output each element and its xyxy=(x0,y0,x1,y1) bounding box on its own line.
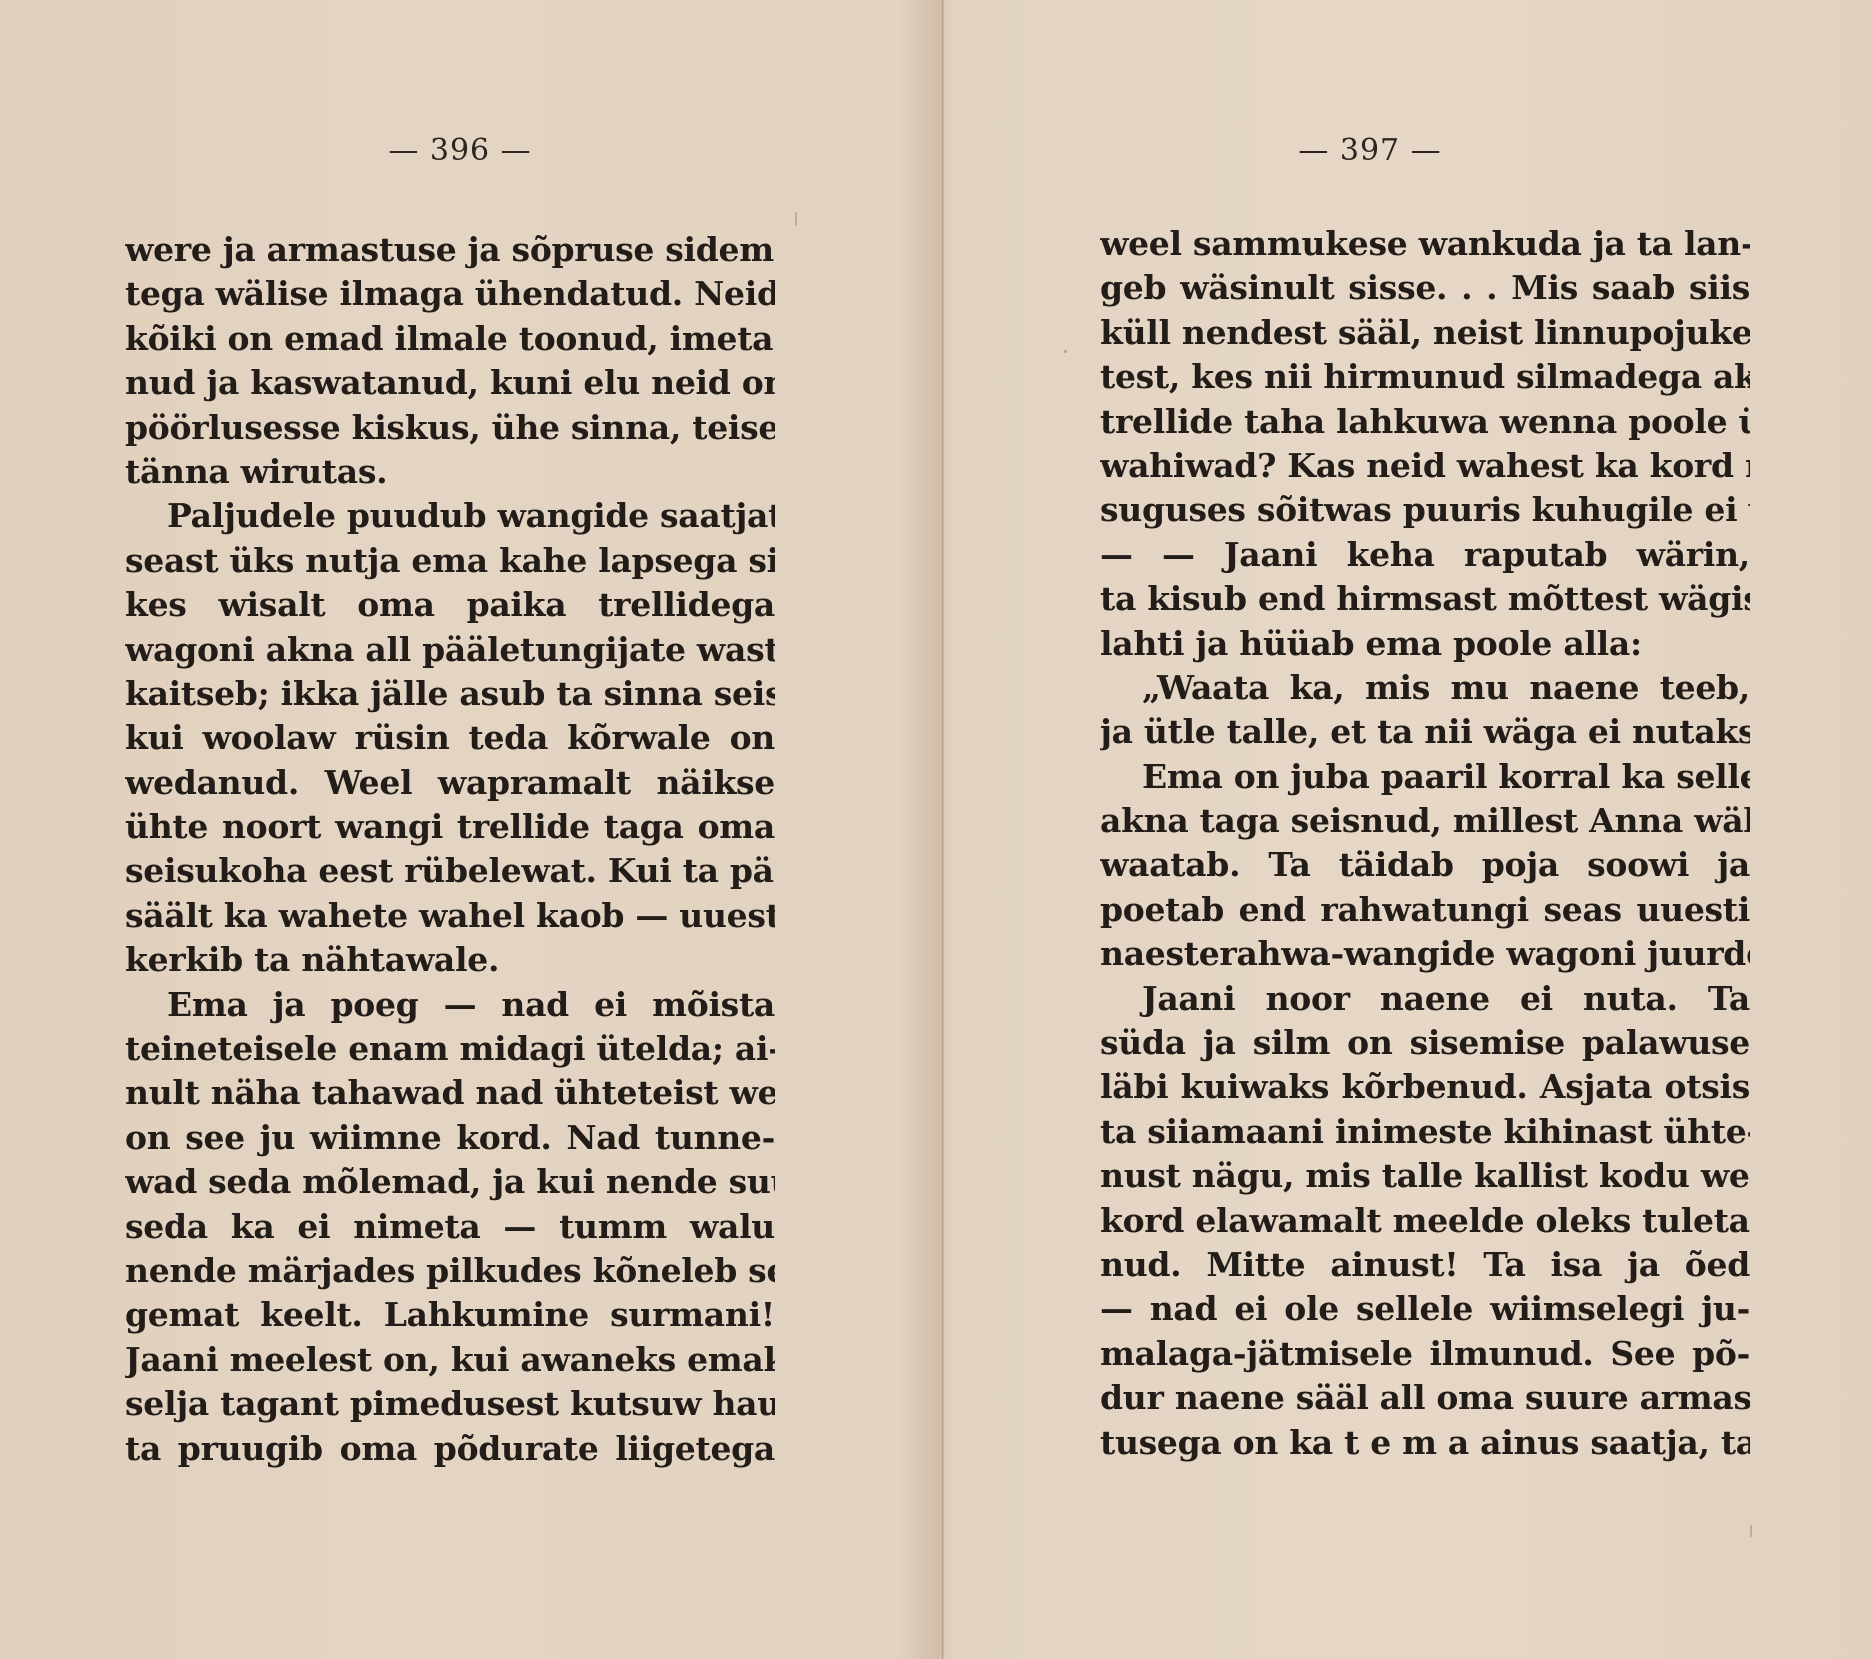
text-line: dur naene sääl all oma suure armas- xyxy=(1100,1376,1750,1420)
text-line: trellide taha lahkuwa wenna poole üles xyxy=(1100,400,1750,444)
text-line: waatab. Ta täidab poja soowi ja xyxy=(1100,843,1750,887)
text-line: ja ütle talle, et ta nii wäga ei nutaks.… xyxy=(1100,710,1750,754)
text-line: Paljudele puudub wangide saatjate xyxy=(125,494,775,538)
text-line: süda ja silm on sisemise palawuse xyxy=(1100,1021,1750,1065)
text-line: wad seda mõlemad, ja kui nende suu xyxy=(125,1160,775,1204)
text-line: Jaani meelest on, kui awaneks emakese xyxy=(125,1338,775,1382)
page-number: — 396 — xyxy=(330,133,590,168)
page-body-text: were ja armastuse ja sõpruse sideme-tega… xyxy=(125,228,775,1471)
text-line: kaitseb; ikka jälle asub ta sinna seisma… xyxy=(125,672,775,716)
text-line: tusega on ka t e m a ainus saatja, ta xyxy=(1100,1421,1750,1465)
text-line: ta siiamaani inimeste kihinast ühte-ai- xyxy=(1100,1110,1750,1154)
text-line: malaga-jätmisele ilmunud. See põ- xyxy=(1100,1332,1750,1376)
text-line: ta kisub end hirmsast mõttest wägise xyxy=(1100,577,1750,621)
text-line: nud ja kaswatanud, kuni elu neid oma xyxy=(125,361,775,405)
text-line: wagoni akna all pääletungijate wastu xyxy=(125,628,775,672)
text-line: tänna wirutas. xyxy=(125,450,775,494)
text-line: naesterahwa-wangide wagoni juurde. xyxy=(1100,932,1750,976)
text-line: Jaani noor naene ei nuta. Ta xyxy=(1100,977,1750,1021)
text-line: Ema ja poeg — nad ei mõista xyxy=(125,983,775,1027)
paper-mark xyxy=(1750,1525,1752,1537)
text-line: nust nägu, mis talle kallist kodu weel xyxy=(1100,1154,1750,1198)
text-line: Ema on juba paaril korral ka selle xyxy=(1100,755,1750,799)
right-page: — 397 — weel sammukese wankuda ja ta lan… xyxy=(944,0,1872,1659)
paper-speck xyxy=(1064,350,1067,353)
text-line: wedanud. Weel wapramalt näikse xyxy=(125,761,775,805)
text-line: kerkib ta nähtawale. xyxy=(125,938,775,982)
text-line: geb wäsinult sisse. . . Mis saab siis xyxy=(1100,266,1750,310)
text-line: seda ka ei nimeta — tumm walu xyxy=(125,1205,775,1249)
text-line: test, kes nii hirmunud silmadega akna xyxy=(1100,355,1750,399)
text-line: nud. Mitte ainust! Ta isa ja õed xyxy=(1100,1243,1750,1287)
text-line: selja tagant pimedusest kutsuw haud; xyxy=(125,1382,775,1426)
text-line: wahiwad? Kas neid wahest ka kord nii- xyxy=(1100,444,1750,488)
text-line: kõiki on emad ilmale toonud, imeta- xyxy=(125,317,775,361)
text-line: seast üks nutja ema kahe lapsega silma, xyxy=(125,539,775,583)
page-body-text: weel sammukese wankuda ja ta lan-geb wäs… xyxy=(1100,222,1750,1465)
text-line: ühte noort wangi trellide taga oma xyxy=(125,805,775,849)
text-line: gemat keelt. Lahkumine surmani! xyxy=(125,1293,775,1337)
text-line: kes wisalt oma paika trellidega xyxy=(125,583,775,627)
text-line: on see ju wiimne kord. Nad tunne- xyxy=(125,1116,775,1160)
page-number: — 397 — xyxy=(1240,133,1500,168)
text-line: — nad ei ole sellele wiimselegi ju- xyxy=(1100,1287,1750,1331)
text-line: weel sammukese wankuda ja ta lan- xyxy=(1100,222,1750,266)
text-line: säält ka wahete wahel kaob — uuesti xyxy=(125,894,775,938)
text-line: ta pruugib oma põdurate liigetega xyxy=(125,1427,775,1471)
text-line: teineteisele enam midagi ütelda; ai- xyxy=(125,1027,775,1071)
text-line: läbi kuiwaks kõrbenud. Asjata otsis xyxy=(1100,1065,1750,1109)
text-line: akna taga seisnud, millest Anna wälja xyxy=(1100,799,1750,843)
text-line: poetab end rahwatungi seas uuesti xyxy=(1100,888,1750,932)
text-line: were ja armastuse ja sõpruse sideme- xyxy=(125,228,775,272)
text-line: tega wälise ilmaga ühendatud. Neid xyxy=(125,272,775,316)
text-line: suguses sõitwas puuris kuhugile ei weeta xyxy=(1100,488,1750,532)
text-line: nult näha tahawad nad ühteteist weel, xyxy=(125,1071,775,1115)
text-line: seisukoha eest rübelewat. Kui ta pää xyxy=(125,849,775,893)
text-line: lahti ja hüüab ema poole alla: xyxy=(1100,622,1750,666)
text-line: pöörlusesse kiskus, ühe sinna, teise xyxy=(125,406,775,450)
left-page: — 396 — were ja armastuse ja sõpruse sid… xyxy=(0,0,941,1659)
text-line: kui woolaw rüsin teda kõrwale on xyxy=(125,716,775,760)
text-line: „Waata ka, mis mu naene teeb, xyxy=(1100,666,1750,710)
text-line: kord elawamalt meelde oleks tuleta- xyxy=(1100,1199,1750,1243)
book-spread: — 396 — were ja armastuse ja sõpruse sid… xyxy=(0,0,1872,1659)
text-line: küll nendest sääl, neist linnupojukes- xyxy=(1100,311,1750,355)
text-line: nende märjades pilkudes kõneleb sel- xyxy=(125,1249,775,1293)
paper-mark xyxy=(795,212,797,226)
text-line: — — Jaani keha raputab wärin, xyxy=(1100,533,1750,577)
